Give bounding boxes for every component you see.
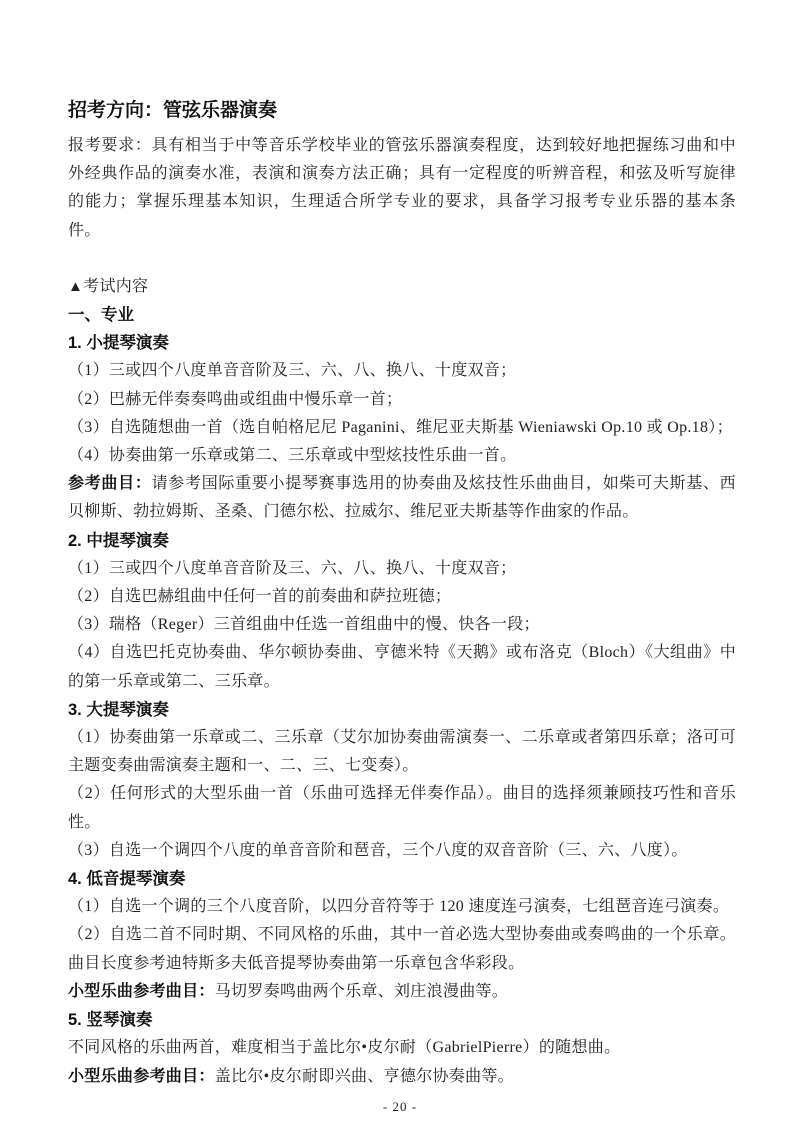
document-page: 招考方向：管弦乐器演奏 报考要求：具有相当于中等音乐学校毕业的管弦乐器演奏程度，…: [0, 0, 800, 1133]
subject-heading-cello: 3. 大提琴演奏: [68, 696, 736, 724]
exam-content-marker: ▲考试内容: [68, 273, 736, 301]
small-piece-reference-note: 小型乐曲参考曲目：盖比尔•皮尔耐即兴曲、亨德尔协奏曲等。: [68, 1063, 736, 1091]
requirement-item: （1）三或四个八度单音音阶及三、六、八、换八、十度双音；: [68, 555, 736, 583]
requirement-item: （1）协奏曲第一乐章或二、三乐章（艾尔加协奏曲需演奏一、二乐章或者第四乐章；洛可…: [68, 724, 736, 780]
small-piece-reference-note: 小型乐曲参考曲目：马切罗奏鸣曲两个乐章、刘庄浪漫曲等。: [68, 978, 736, 1006]
requirement-item: （2）自选巴赫组曲中任何一首的前奏曲和萨拉班德；: [68, 583, 736, 611]
requirement-item: 不同风格的乐曲两首，难度相当于盖比尔•皮尔耐（GabrielPierre）的随想…: [68, 1034, 736, 1062]
requirement-item: （3）自选一个调四个八度的单音音阶和琶音，三个八度的双音音阶（三、六、八度）。: [68, 837, 736, 865]
page-number: - 20 -: [0, 1099, 800, 1115]
subject-heading-viola: 2. 中提琴演奏: [68, 527, 736, 555]
requirement-item: （1）自选一个调的三个八度音阶，以四分音符等于 120 速度连弓演奏，七组琶音连…: [68, 893, 736, 921]
requirement-item: （3）自选随想曲一首（选自帕格尼尼 Paganini、维尼亚夫斯基 Wienia…: [68, 414, 736, 442]
document-content: 招考方向：管弦乐器演奏 报考要求：具有相当于中等音乐学校毕业的管弦乐器演奏程度，…: [68, 95, 736, 1091]
requirement-item: （1）三或四个八度单音音阶及三、六、八、换八、十度双音；: [68, 357, 736, 385]
reference-note-lead: 小型乐曲参考曲目：: [68, 1068, 215, 1085]
reference-note-lead: 参考曲目：: [68, 475, 152, 492]
page-title: 招考方向：管弦乐器演奏: [68, 95, 736, 127]
subject-heading-harp: 5. 竖琴演奏: [68, 1006, 736, 1034]
requirement-item: （2）巴赫无伴奏奏鸣曲或组曲中慢乐章一首；: [68, 386, 736, 414]
requirement-item: （2）自选二首不同时期、不同风格的乐曲，其中一首必选大型协奏曲或奏鸣曲的一个乐章…: [68, 921, 736, 977]
requirement-item: （4）协奏曲第一乐章或第二、三乐章或中型炫技性乐曲一首。: [68, 442, 736, 470]
subject-heading-double-bass: 4. 低音提琴演奏: [68, 865, 736, 893]
reference-note-text: 请参考国际重要小提琴赛事选用的协奏曲及炫技性乐曲曲目，如柴可夫斯基、西贝柳斯、勃…: [68, 475, 736, 520]
triangle-marker-icon: ▲: [68, 273, 83, 301]
application-requirements-paragraph: 报考要求：具有相当于中等音乐学校毕业的管弦乐器演奏程度，达到较好地把握练习曲和中…: [68, 132, 736, 245]
reference-note-text: 马切罗奏鸣曲两个乐章、刘庄浪漫曲等。: [215, 983, 508, 1000]
exam-content-label: 考试内容: [83, 278, 148, 295]
reference-note-lead: 小型乐曲参考曲目：: [68, 983, 215, 1000]
section-heading-major: 一、专业: [68, 301, 736, 329]
subject-heading-violin: 1. 小提琴演奏: [68, 329, 736, 357]
requirement-item: （4）自选巴托克协奏曲、华尔顿协奏曲、亨德米特《天鹅》或布洛克（Bloch）《大…: [68, 639, 736, 695]
reference-note-text: 盖比尔•皮尔耐即兴曲、亨德尔协奏曲等。: [215, 1068, 514, 1085]
requirement-item: （3）瑞格（Reger）三首组曲中任选一首组曲中的慢、快各一段；: [68, 611, 736, 639]
reference-repertoire-note: 参考曲目：请参考国际重要小提琴赛事选用的协奏曲及炫技性乐曲曲目，如柴可夫斯基、西…: [68, 470, 736, 526]
requirement-item: （2）任何形式的大型乐曲一首（乐曲可选择无伴奏作品）。曲目的选择须兼顾技巧性和音…: [68, 780, 736, 836]
